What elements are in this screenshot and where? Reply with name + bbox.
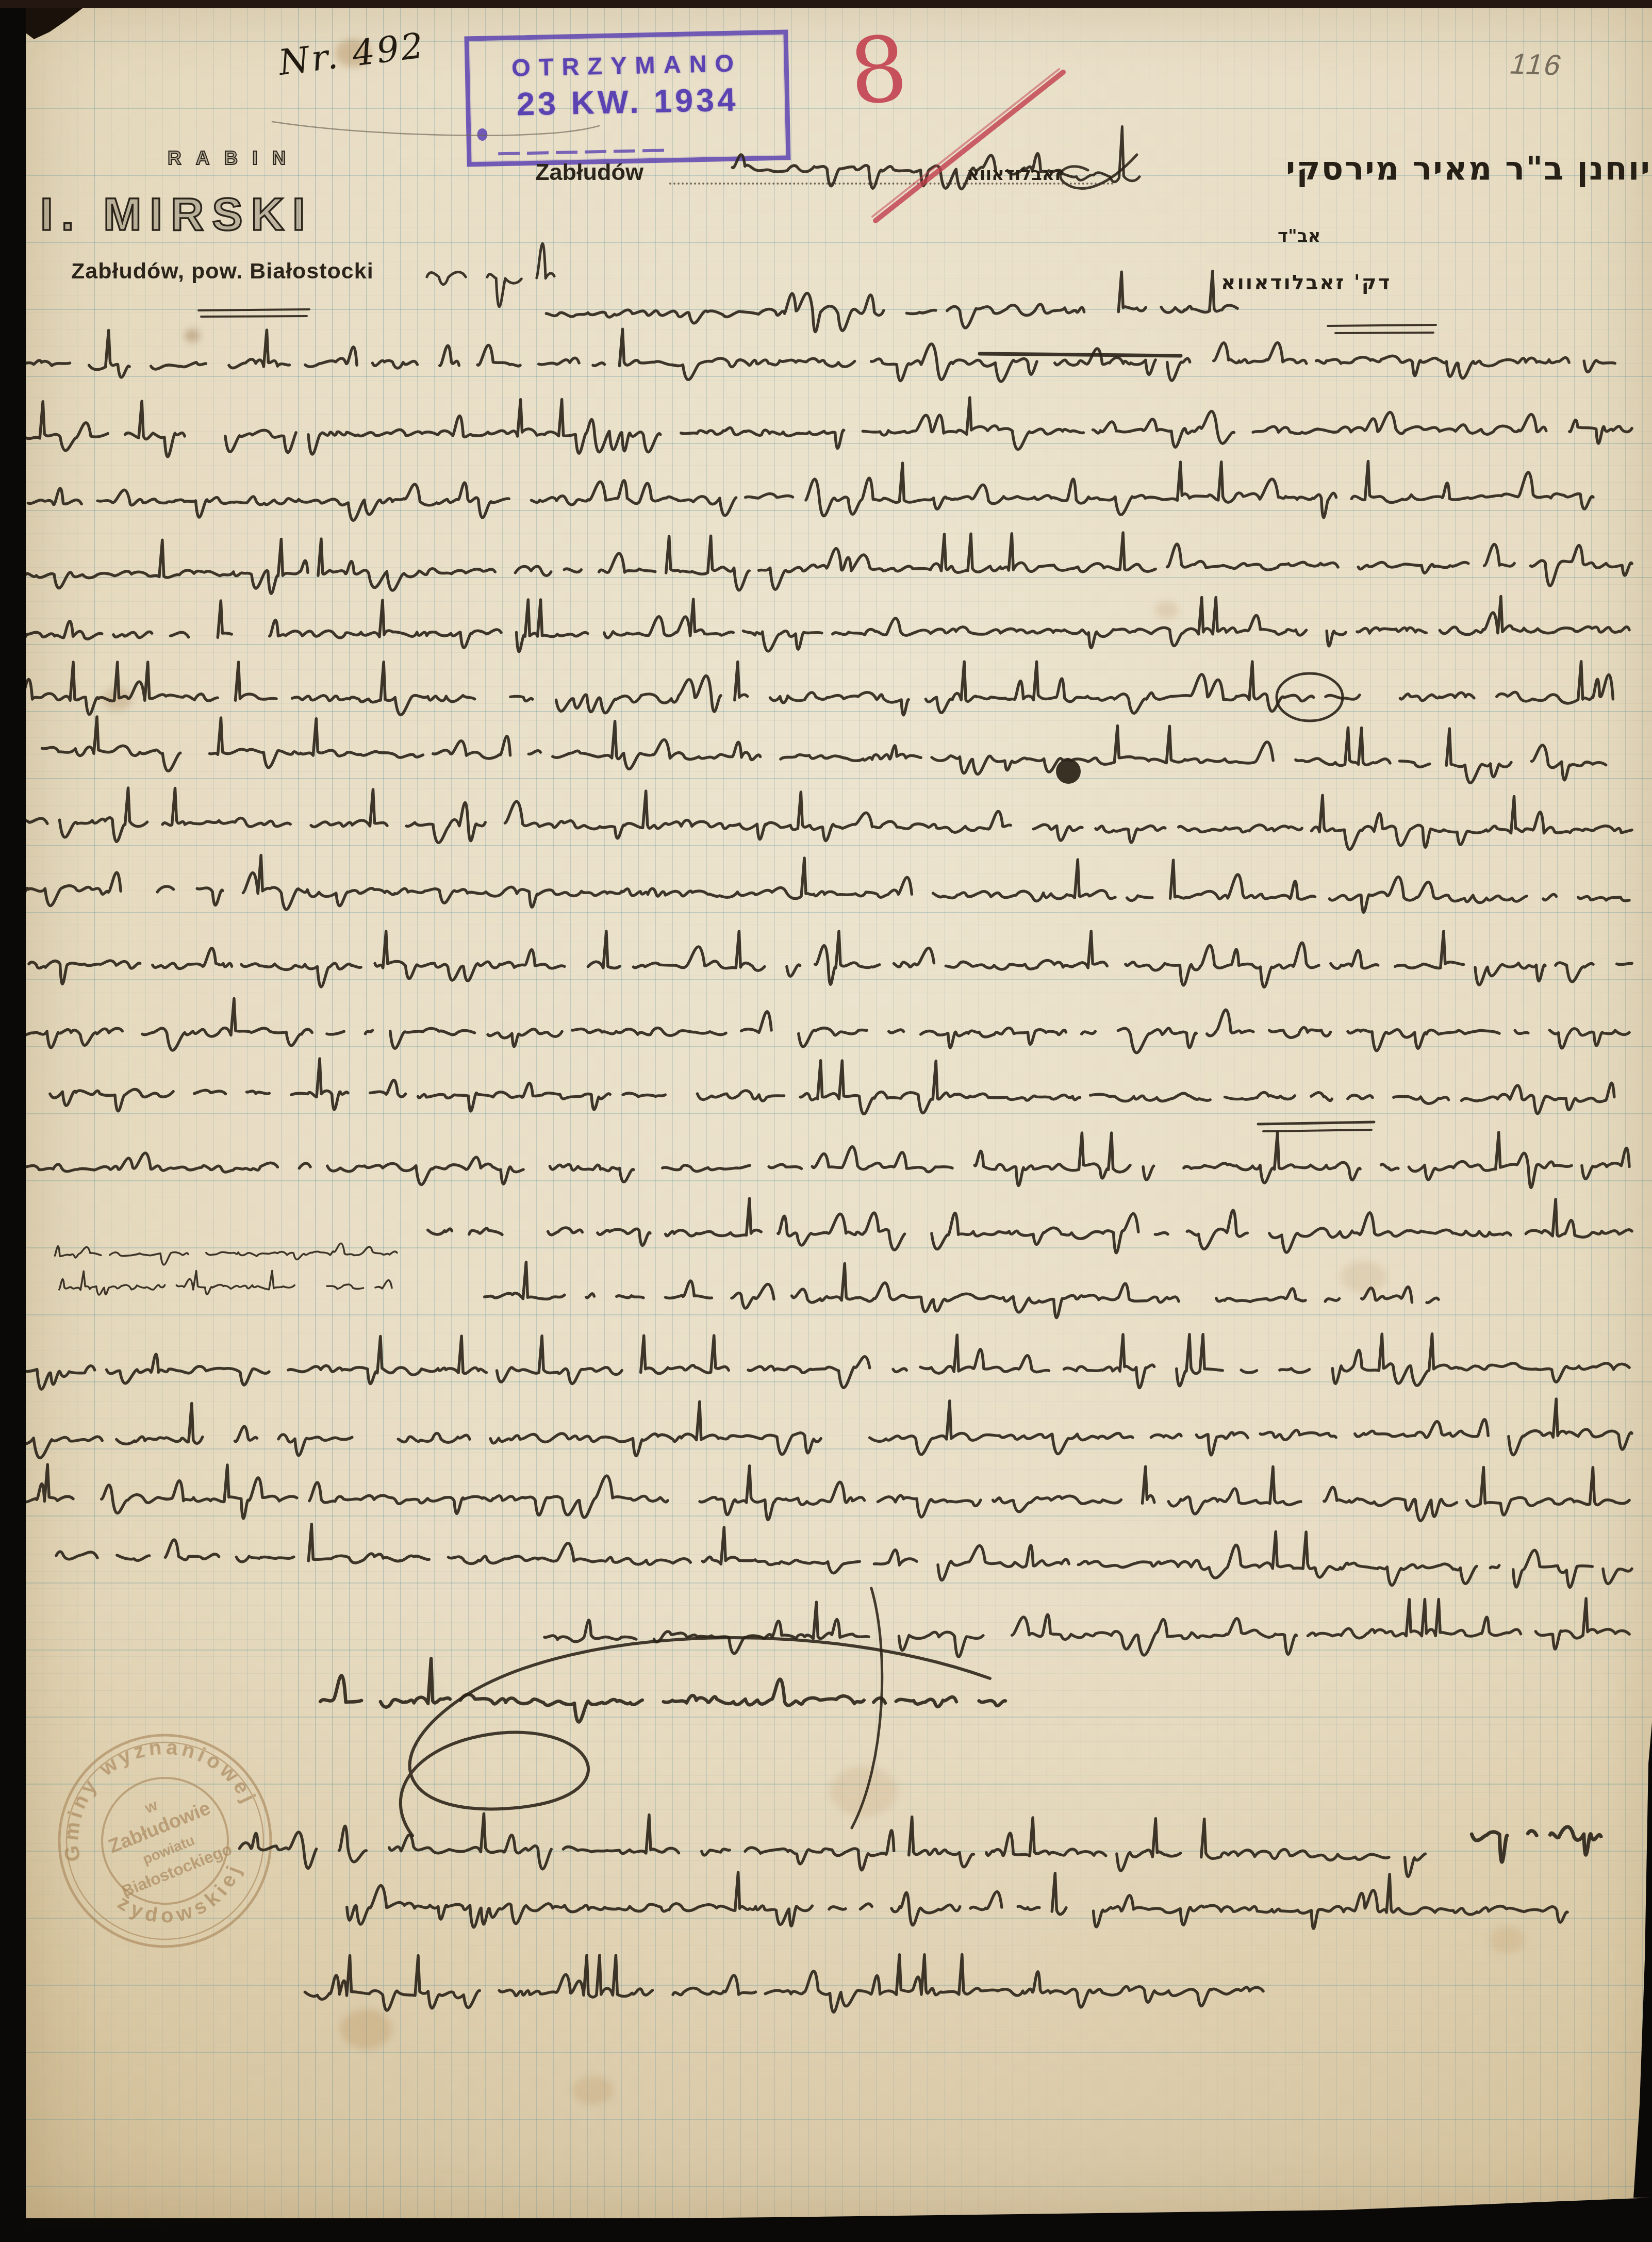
letterhead-name: I. MIRSKI (40, 188, 313, 241)
received-stamp-date: 23 KW. 1934 (470, 80, 785, 124)
letterhead-title: RABIN (168, 147, 300, 169)
red-crayon-number: 8 (845, 17, 912, 126)
letterhead-hebrew-community: דק' זאבלודאווא (1221, 271, 1391, 294)
received-stamp-underline (498, 149, 668, 155)
received-stamp-word: OTRZYMANO (469, 48, 784, 83)
date-dotted-line (669, 180, 1114, 185)
page-number-pencil: 116 (1506, 46, 1567, 81)
paper-stain (340, 2009, 392, 2049)
letterhead-address: Zabłudów, pow. Białostocki (71, 259, 374, 284)
paper-stain (830, 1767, 897, 1816)
paper-sheet (26, 8, 1652, 2218)
paper-stain (103, 688, 132, 711)
paper-stain (1490, 1926, 1524, 1953)
letterhead-hebrew-name: יוחנן ב"ר מאיר מירסקי (1286, 150, 1651, 187)
letterhead-hebrew-role: אב"ד (1278, 226, 1320, 246)
received-stamp-dot (477, 128, 487, 141)
paper-stain (572, 2076, 614, 2105)
scanned-letter: Nr. 492 116 8 OTRZYMANO 23 KW. 1934 RABI… (0, 0, 1652, 2242)
paper-stain (185, 329, 200, 342)
paper-stain (1341, 1261, 1387, 1292)
place-printed: Zabłudów (535, 159, 643, 186)
received-date-stamp: OTRZYMANO 23 KW. 1934 (464, 29, 790, 167)
paper-stain (1155, 601, 1179, 619)
